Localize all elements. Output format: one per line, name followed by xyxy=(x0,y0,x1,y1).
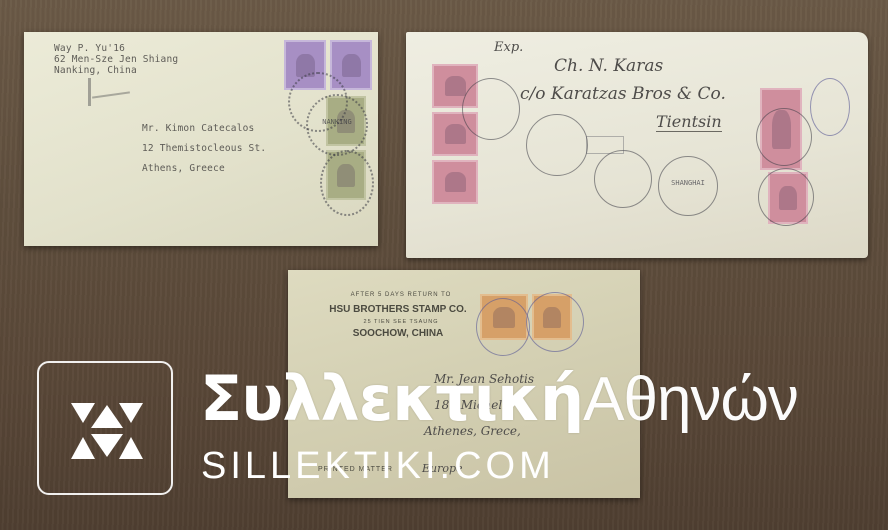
recipient-line-3: Athens, Greece xyxy=(142,162,225,175)
sender-line-3: Nanking, China xyxy=(54,64,137,77)
ink-stroke xyxy=(92,91,130,98)
watermark-logo xyxy=(37,361,173,495)
ink-mark xyxy=(88,78,91,106)
postmark-shanghai: SHANGHAI xyxy=(658,156,718,216)
company-city: SOOCHOW, CHINA xyxy=(308,328,488,339)
watermark-url: SILLEKTIKI.COM xyxy=(201,444,555,488)
envelope-nanking-cover: Way P. Yu'16 62 Men-Sze Jen Shiang Nanki… xyxy=(24,32,378,246)
return-instruction: AFTER 5 DAYS RETURN TO xyxy=(316,292,486,298)
postmark-soochow xyxy=(526,292,584,352)
handwritten-exp: Exp. xyxy=(494,40,523,55)
postmark-nanking-3 xyxy=(320,150,374,216)
brand-name-light: Αθηνών xyxy=(583,365,798,434)
recipient-line-2: c/o Karatzas Bros & Co. xyxy=(520,84,726,104)
postmark-3 xyxy=(594,150,652,208)
brand-name-bold: Συλλεκτική xyxy=(200,362,583,435)
postmark-nanking-2: NANKING xyxy=(306,94,368,156)
postmark-4 xyxy=(756,108,812,166)
postmark-blue xyxy=(810,78,850,136)
recipient-line-1: Ch. N. Karas xyxy=(554,56,663,76)
stamp-rose-3 xyxy=(432,160,478,204)
triangle-hexagram-logo-icon xyxy=(69,401,145,463)
postmark-2 xyxy=(526,114,588,176)
recipient-line-2: 12 Themistocleous St. xyxy=(142,142,266,155)
watermark-brand-name: ΣυλλεκτικήΑθηνών xyxy=(200,364,798,435)
postmark-1 xyxy=(462,78,520,140)
postmark-1 xyxy=(476,298,530,356)
company-name: HSU BROTHERS STAMP CO. xyxy=(298,304,498,315)
recipient-line-1: Mr. Kimon Catecalos xyxy=(142,122,254,135)
recipient-line-3: Tientsin xyxy=(656,112,722,132)
postmark-5 xyxy=(758,168,814,226)
company-street: 25 TIEN SEE TSAUNG xyxy=(316,319,486,325)
envelope-tientsin-cover: Exp. Ch. N. Karas c/o Karatzas Bros & Co… xyxy=(406,32,868,258)
registration-box-stamp xyxy=(586,136,624,154)
